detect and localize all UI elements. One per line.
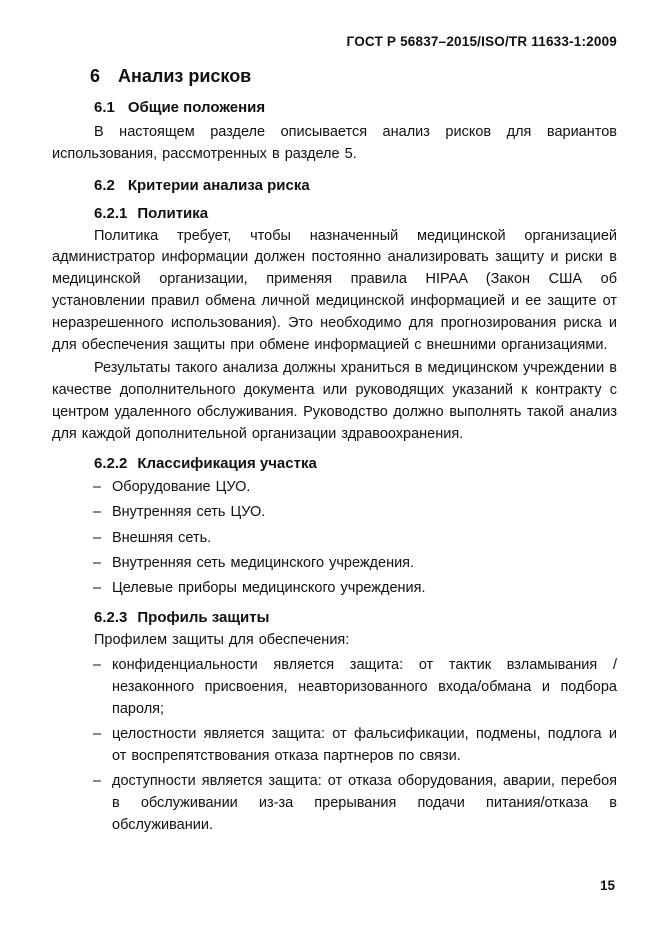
section-number: 6.2.3 xyxy=(94,609,127,626)
list-item-text: Внутренняя сеть медицинского учреждения. xyxy=(112,555,414,571)
section-title: Политика xyxy=(137,205,208,222)
list-item: – Внешняя сеть. xyxy=(52,528,617,550)
dash-marker: – xyxy=(93,502,101,524)
document-page: ГОСТ Р 56837–2015/ISO/TR 11633-1:2009 6А… xyxy=(0,0,661,935)
section-heading-6-2-3: 6.2.3Профиль защиты xyxy=(94,607,617,628)
section-number: 6.2 xyxy=(94,177,115,194)
section-title: Профиль защиты xyxy=(137,609,269,626)
paragraph-6-2-1-a: Политика требует, чтобы назначенный меди… xyxy=(52,226,617,357)
dash-marker: – xyxy=(93,553,101,575)
dash-marker: – xyxy=(93,655,101,677)
page-number: 15 xyxy=(600,878,615,893)
dash-marker: – xyxy=(93,528,101,550)
running-header: ГОСТ Р 56837–2015/ISO/TR 11633-1:2009 xyxy=(52,34,617,50)
dash-marker: – xyxy=(93,771,101,793)
section-number: 6.2.1 xyxy=(94,205,127,222)
section-title: Общие положения xyxy=(128,99,265,116)
section-title: Классификация участка xyxy=(137,455,316,472)
dash-marker: – xyxy=(93,477,101,499)
list-item: – доступности является защита: от отказа… xyxy=(52,771,617,836)
list-item-text: целостности является защита: от фальсифи… xyxy=(112,726,617,764)
section-heading-6: 6Анализ рисков xyxy=(90,64,617,88)
list-item-text: доступности является защита: от отказа о… xyxy=(112,773,617,833)
list-item: – Оборудование ЦУО. xyxy=(52,477,617,499)
paragraph-6-2-3-intro: Профилем защиты для обеспечения: xyxy=(52,630,617,652)
list-item: – Внутренняя сеть медицинского учреждени… xyxy=(52,553,617,575)
site-classification-list: – Оборудование ЦУО. – Внутренняя сеть ЦУ… xyxy=(52,477,617,600)
section-number: 6.1 xyxy=(94,99,115,116)
list-item-text: Целевые приборы медицинского учреждения. xyxy=(112,580,426,596)
section-heading-6-2-1: 6.2.1Политика xyxy=(94,203,617,224)
paragraph-6-1: В настоящем разделе описывается анализ р… xyxy=(52,122,617,166)
section-heading-6-2: 6.2Критерии анализа риска xyxy=(94,175,617,196)
dash-marker: – xyxy=(93,724,101,746)
list-item-text: Внутренняя сеть ЦУО. xyxy=(112,504,265,520)
list-item-text: Внешняя сеть. xyxy=(112,530,211,546)
section-number: 6 xyxy=(90,66,100,86)
section-heading-6-2-2: 6.2.2Классификация участка xyxy=(94,453,617,474)
list-item-text: конфиденциальности является защита: от т… xyxy=(112,657,617,717)
list-item: – Внутренняя сеть ЦУО. xyxy=(52,502,617,524)
section-title: Критерии анализа риска xyxy=(128,177,310,194)
dash-marker: – xyxy=(93,578,101,600)
section-heading-6-1: 6.1Общие положения xyxy=(94,97,617,118)
list-item: – конфиденциальности является защита: от… xyxy=(52,655,617,720)
section-number: 6.2.2 xyxy=(94,455,127,472)
paragraph-6-2-1-b: Результаты такого анализа должны хранить… xyxy=(52,358,617,445)
protection-profile-list: – конфиденциальности является защита: от… xyxy=(52,655,617,836)
list-item-text: Оборудование ЦУО. xyxy=(112,479,250,495)
section-title: Анализ рисков xyxy=(118,66,251,86)
list-item: – целостности является защита: от фальси… xyxy=(52,724,617,768)
list-item: – Целевые приборы медицинского учреждени… xyxy=(52,578,617,600)
